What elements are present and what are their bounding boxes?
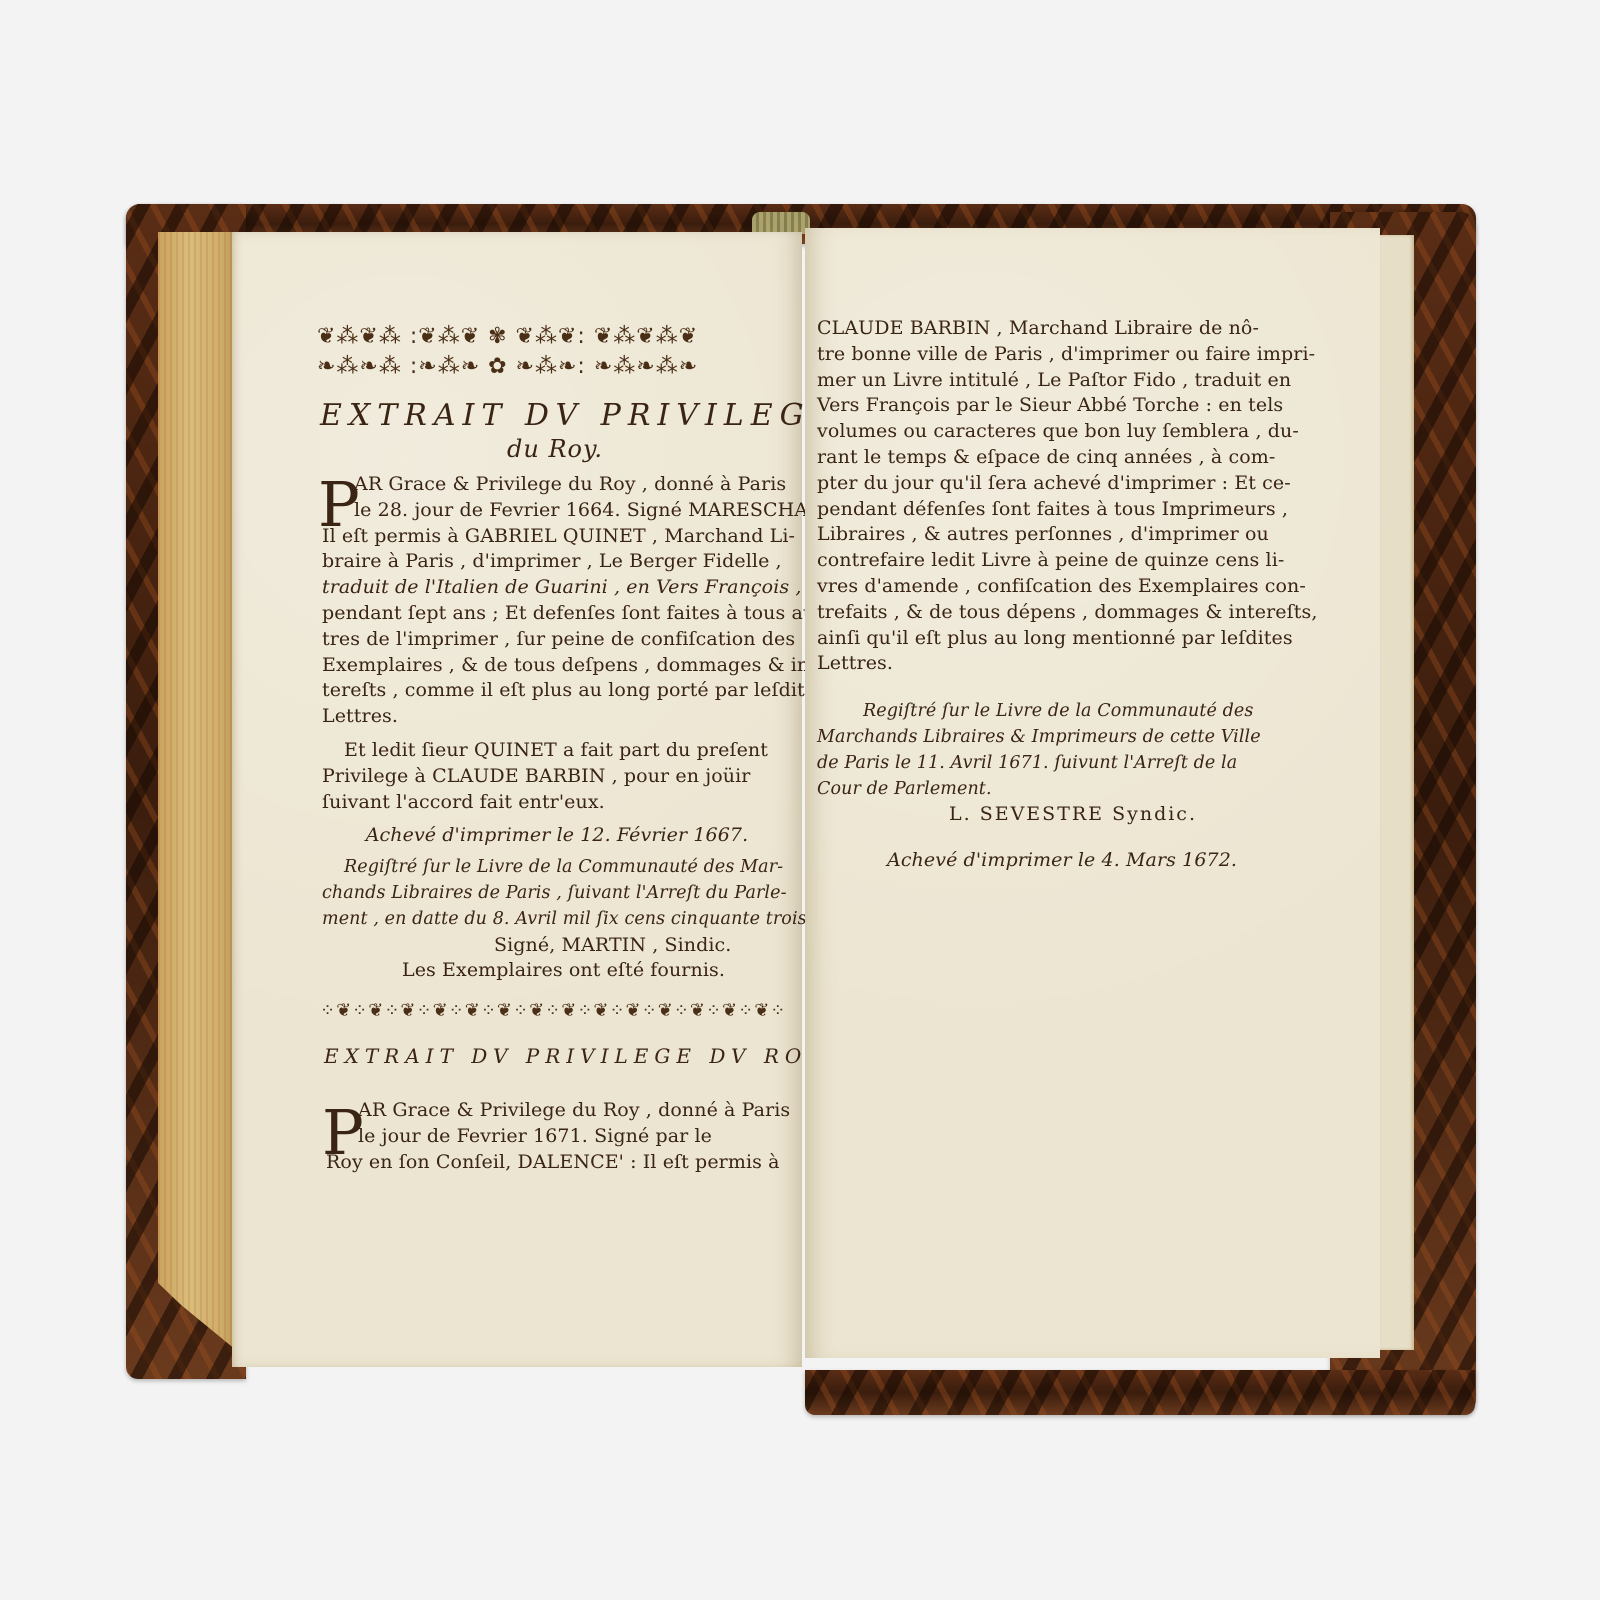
section1-title: EXTRAIT DV PRIVILEGE (320, 398, 790, 433)
leather-cover-bottom (805, 1370, 1475, 1415)
right-body: CLAUDE BARBIN , Marchand Libraire de nô-… (817, 316, 1307, 874)
open-book: ❦⁂❦⁂ :❦⁂❦ ✾ ❦⁂❦: ❦⁂❦⁂❦ ❧⁂❧⁂ :❧⁂❧ ✿ ❧⁂❧: … (0, 0, 1600, 1600)
ornament-divider: ⁘❦⁘❦⁘❦⁘❦⁘❦⁘❦⁘❦⁘❦⁘❦⁘❦⁘❦⁘❦⁘❦⁘❦⁘ (320, 1000, 790, 1021)
section2-body: AR Grace & Privilege du Roy , donné à Pa… (326, 1098, 796, 1175)
left-page: ❦⁂❦⁂ :❦⁂❦ ✾ ❦⁂❦: ❦⁂❦⁂❦ ❧⁂❧⁂ :❧⁂❧ ✿ ❧⁂❧: … (232, 232, 802, 1367)
page-block-edges (158, 232, 236, 1350)
endpaper-edge (1378, 235, 1414, 1350)
right-page: CLAUDE BARBIN , Marchand Libraire de nô-… (805, 228, 1380, 1358)
ornament-band-row2: ❧⁂❧⁂ :❧⁂❧ ✿ ❧⁂❧: ❧⁂❧⁂❧ (317, 354, 787, 379)
section1-body: AR Grace & Privilege du Roy , donné à Pa… (322, 472, 792, 984)
section2-title: EXTRAIT DV PRIVILEGE DV ROY. (324, 1044, 794, 1068)
acheve-1667: Achevé d'imprimer le 12. Février 1667. (322, 823, 792, 849)
signature-sevestre: L. SEVESTRE Syndic. (817, 802, 1307, 828)
ornament-band-row1: ❦⁂❦⁂ :❦⁂❦ ✾ ❦⁂❦: ❦⁂❦⁂❦ (317, 324, 787, 349)
spine-headband (752, 212, 810, 234)
acheve-1672: Achevé d'imprimer le 4. Mars 1672. (817, 848, 1307, 874)
signature-martin: Signé, MARTIN , Sindic. (322, 933, 792, 959)
section1-subtitle: du Roy. (320, 435, 790, 463)
